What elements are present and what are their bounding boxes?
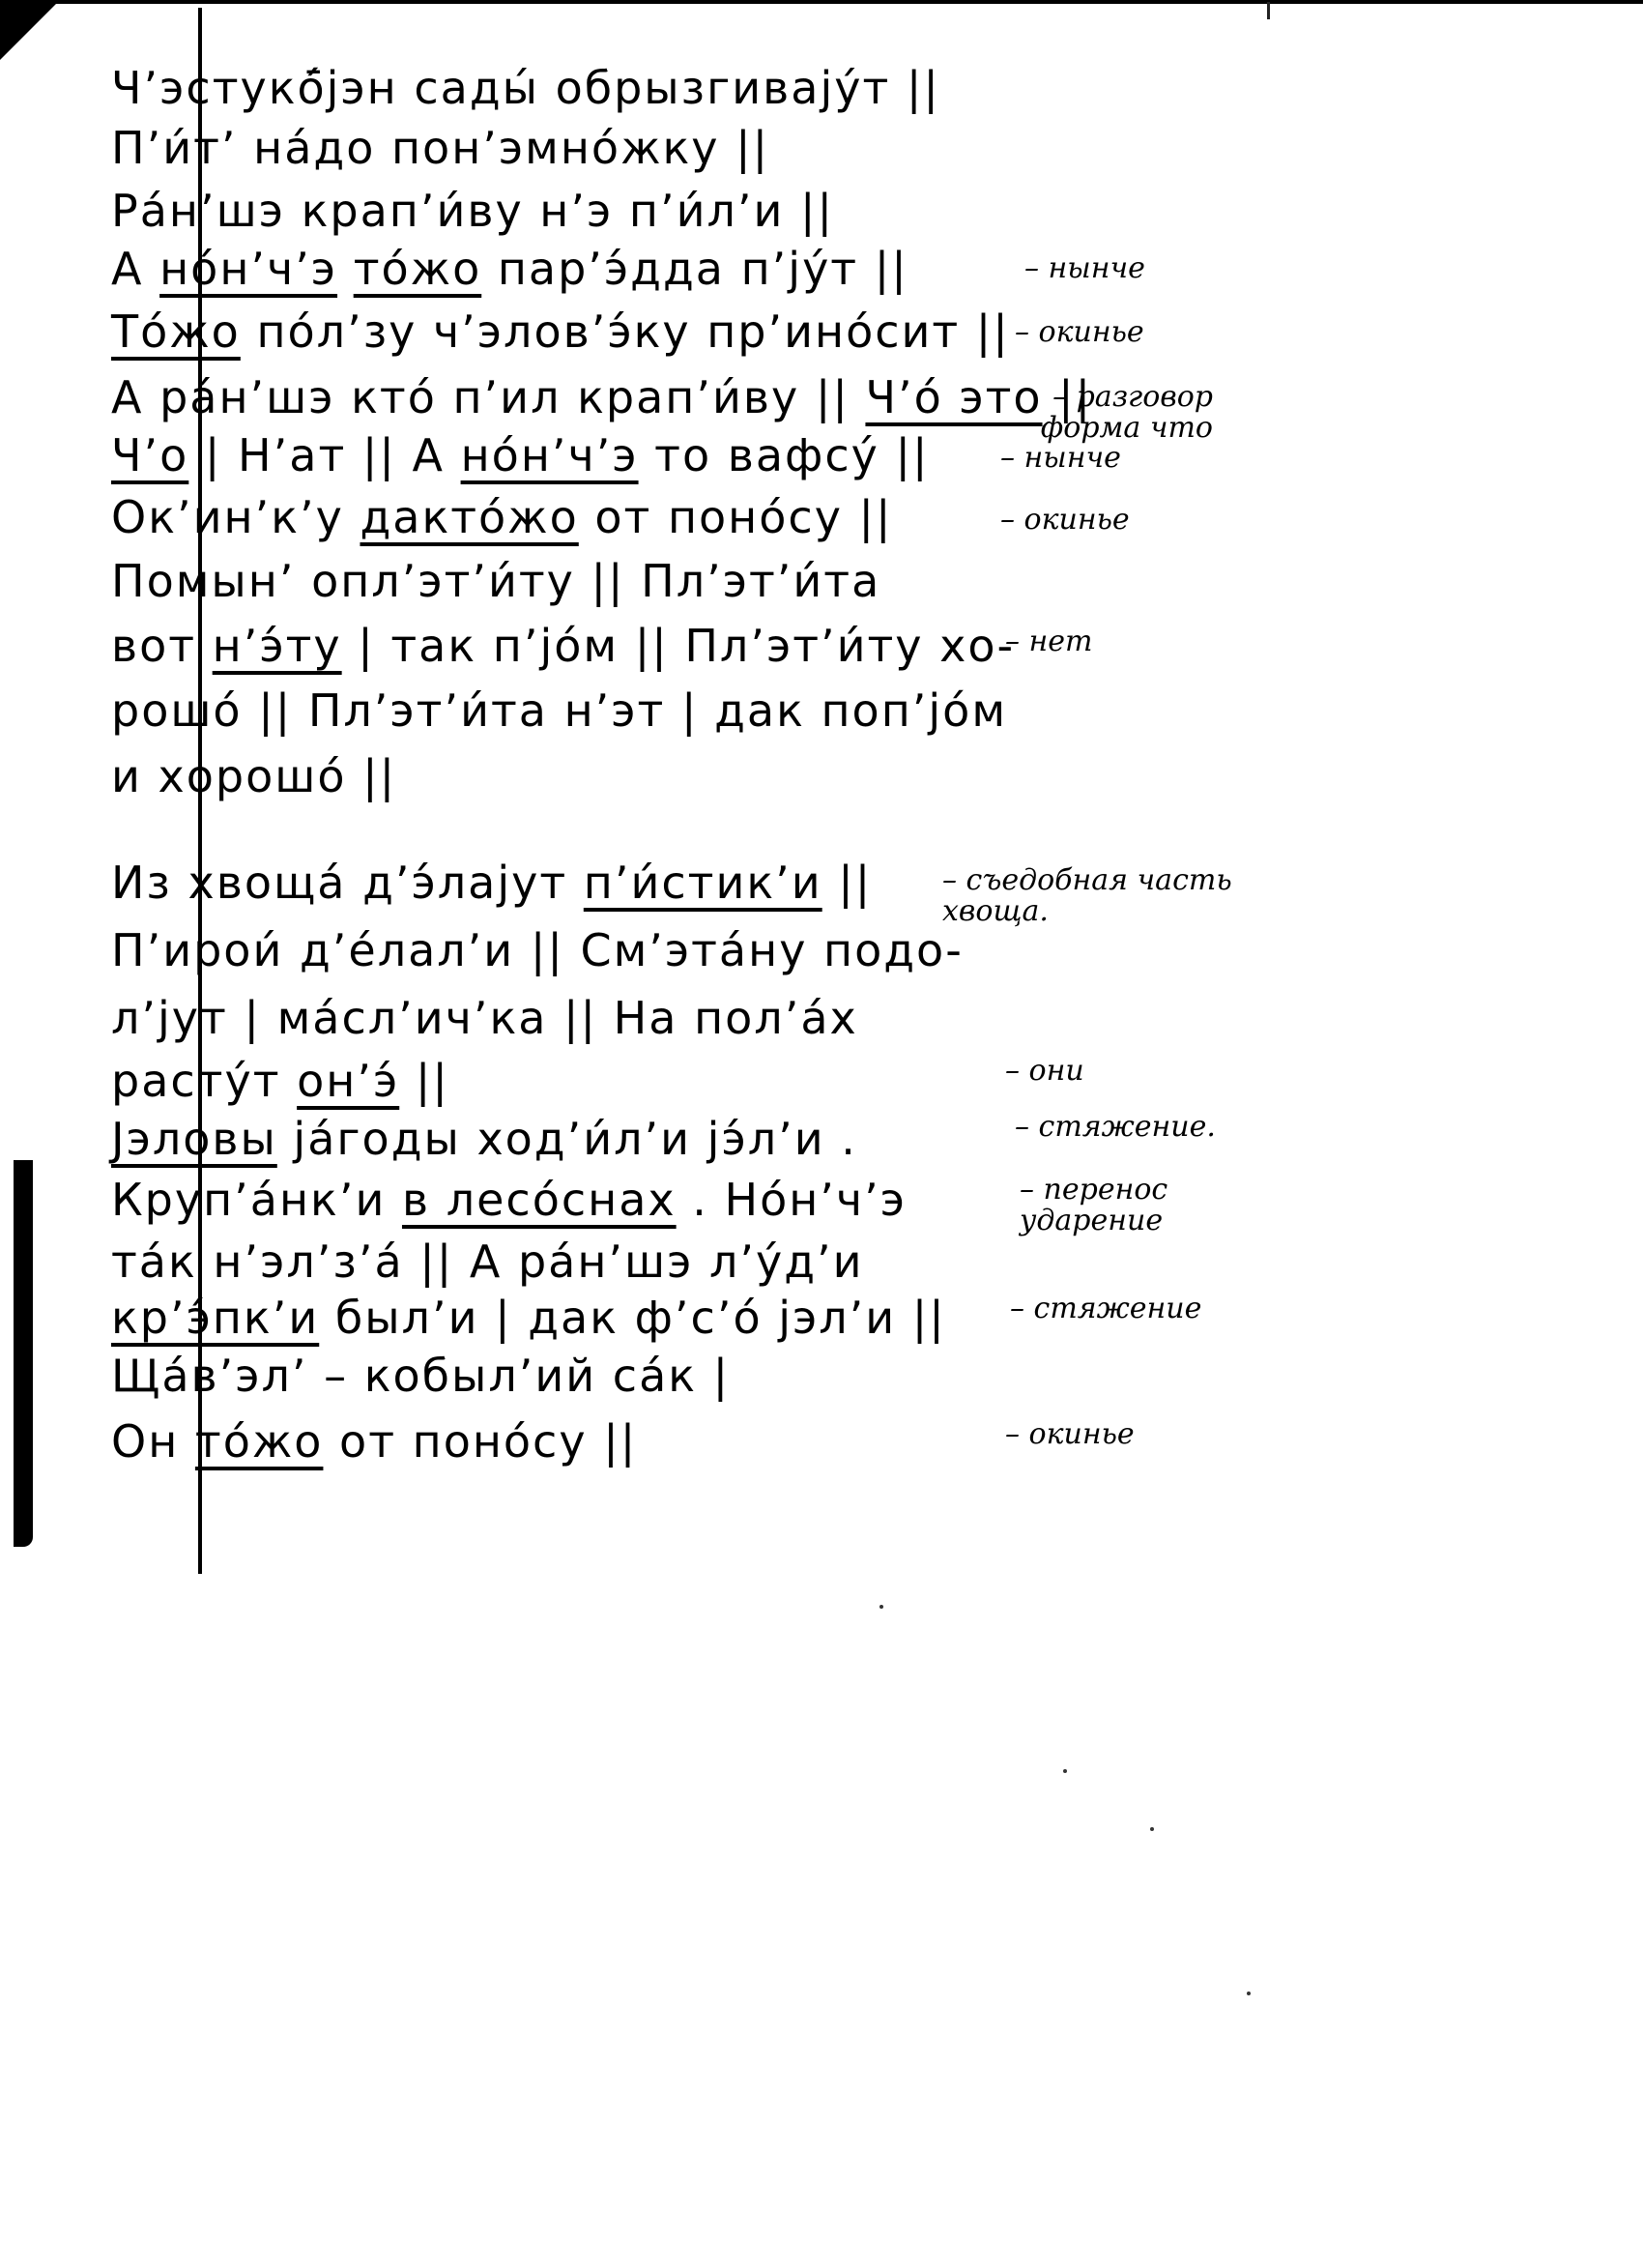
text-line: Jэловы jа́годы ход’и́л’и jэ́л’и . (111, 1117, 857, 1161)
scan-speck (879, 1605, 883, 1609)
text-line: Он то́жо от поно́су || (111, 1419, 637, 1464)
text-line: Из хвоща́ д’э́лаjут п’и́стик’и || (111, 860, 872, 905)
text-line: Пʼи́т’ на́до пон’эмно́жку || (111, 126, 769, 170)
margin-note: – они (1005, 1056, 1084, 1087)
text-line: А ра́н’шэ кто́ п’ил крап’и́ву || Ч’о́ эт… (111, 375, 1092, 420)
folded-corner (0, 0, 60, 60)
margin-note: – окинье (1000, 505, 1130, 536)
margin-note: – разговор форма что (991, 382, 1213, 443)
binding-shadow (14, 1160, 33, 1547)
scan-speck (1063, 1769, 1067, 1773)
margin-note: – окинье (1015, 317, 1144, 348)
margin-note: – нынче (1000, 443, 1121, 474)
scan-speck (1247, 1992, 1251, 1995)
text-line: Ч’эстукó̄јэн сады́ обрызгиваjу́т || (111, 66, 940, 110)
text-line: То́жо по́л’зу ч’элов’э́ку пр’ино́сит || (111, 309, 1010, 354)
scanned-page: Ч’эстукó̄јэн сады́ обрызгиваjу́т || Пʼи́… (0, 0, 1643, 2268)
text-line: А но́н’ч’э то́жо пар’э́дда п’jу́т || (111, 247, 908, 291)
scan-top-edge (0, 0, 1643, 8)
text-line: рошо́ || Пл’эт’и́та н’эт | дак поп’jóм (111, 688, 1007, 733)
text-line: П’ирои́ д’е́лал’и || См’эта́ну подо- (111, 928, 964, 973)
text-line: и хорошо́ || (111, 754, 396, 799)
text-line: Ок’ин’к’у дакто́жо от поно́су || (111, 495, 893, 539)
text-line: Ра́н’шэ крап’и́ву н’э п’и́л’и || (111, 189, 834, 233)
margin-note: – нет (1005, 626, 1093, 657)
margin-note: – окинье (1005, 1419, 1135, 1450)
text-line: кр’э́пк’и был’и | дак ф’с’о́ jэл’и || (111, 1295, 946, 1340)
text-line: Крупʼа́нк’и в лесо́снах . Но́н’ч’э (111, 1178, 907, 1222)
scan-speck (1150, 1827, 1154, 1831)
text-line: Ща́в’эл’ – кобыл’ий са́к | (111, 1353, 730, 1398)
text-line: та́к н’эл’з’а́ || А ра́н’шэ л’у́д’и (111, 1239, 864, 1284)
margin-note: – стяжение (1010, 1294, 1201, 1324)
margin-note: – стяжение. (1015, 1112, 1216, 1143)
margin-note: – съедобная часть хвоща. (942, 865, 1252, 926)
scan-mark (1267, 2, 1270, 19)
text-line: л’jут | ма́сл’ич’ка || На пол’а́х (111, 996, 858, 1040)
margin-note: – перенос ударение (1020, 1175, 1242, 1236)
text-line: растýт он’э́ || (111, 1059, 449, 1103)
text-line: Помын’ оплʼэт’и́ту || Пл’эт’и́та (111, 559, 880, 603)
text-line: Ч’о | Н’ат || А но́н’ч’э то вафсу́ || (111, 433, 930, 478)
text-line: вот н’э́ту | так п’jóм || Пл’эт’и́ту хо- (111, 624, 1015, 668)
margin-note: – нынче (1024, 253, 1145, 284)
